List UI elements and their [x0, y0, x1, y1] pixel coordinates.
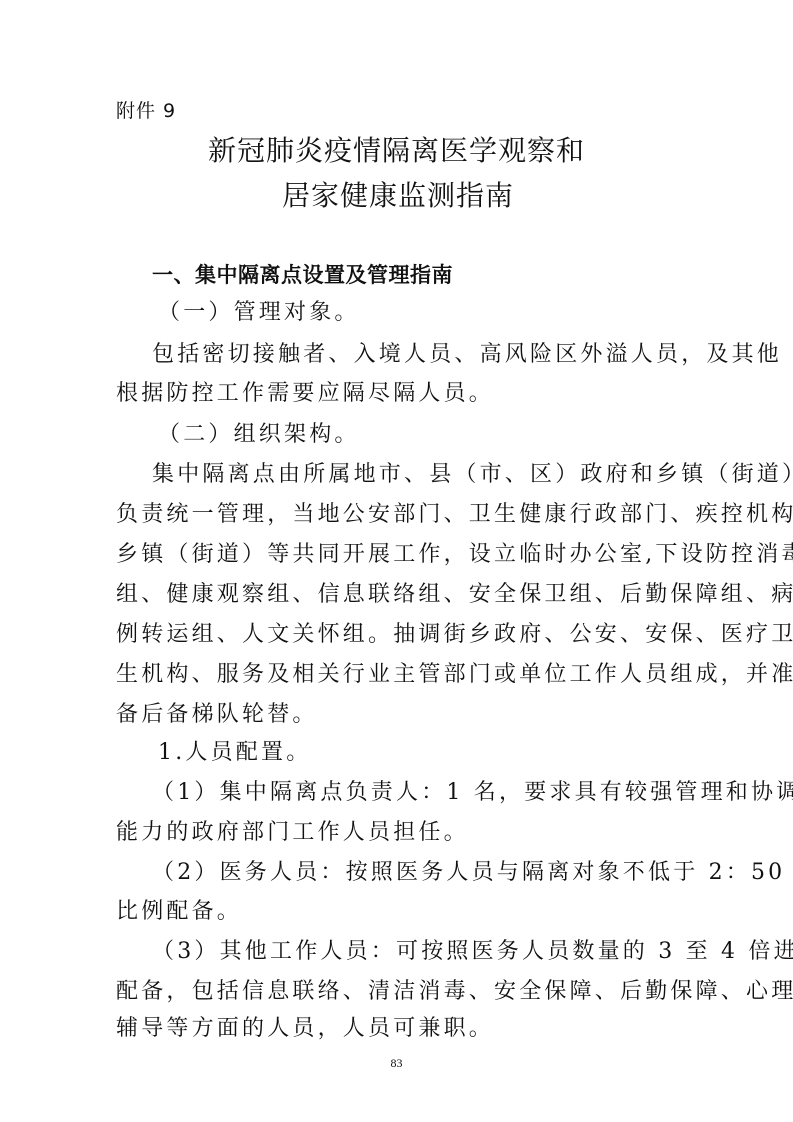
paragraph-line: 包括密切接触者、入境人员、高风险区外溢人员，及其他: [152, 340, 782, 370]
subsection-heading-management-targets: （一）管理对象。: [158, 298, 360, 328]
document-page: 附件 9 新冠肺炎疫情隔离医学观察和 居家健康监测指南 一、集中隔离点设置及管理…: [0, 0, 793, 1122]
item-heading-staffing: 1.人员配置。: [158, 738, 311, 768]
attachment-label: 附件 9: [116, 96, 176, 126]
paragraph-line: 生机构、服务及相关行业主管部门或单位工作人员组成，并准: [116, 660, 793, 690]
paragraph-line: 配备，包括信息联络、清洁消毒、安全保障、后勤保障、心理: [116, 977, 793, 1007]
paragraph-line: 集中隔离点由所属地市、县（市、区）政府和乡镇（街道）: [152, 460, 793, 490]
paragraph-line: 组、健康观察组、信息联络组、安全保卫组、后勤保障组、病: [116, 580, 793, 610]
paragraph-line: 比例配备。: [116, 897, 242, 927]
paragraph-line: 能力的政府部门工作人员担任。: [116, 818, 469, 848]
paragraph-line: 乡镇（街道）等共同开展工作，设立临时办公室,下设防控消毒: [116, 540, 793, 570]
paragraph-line: （2）医务人员：按照医务人员与隔离对象不低于 2：50 的: [152, 858, 793, 888]
paragraph-line: 负责统一管理，当地公安部门、卫生健康行政部门、疾控机构、: [116, 500, 793, 530]
section-heading: 一、集中隔离点设置及管理指南: [152, 260, 453, 290]
document-title-line-1: 新冠肺炎疫情隔离医学观察和: [208, 131, 585, 171]
paragraph-line: （3）其他工作人员：可按照医务人员数量的 3 至 4 倍进行: [152, 937, 793, 967]
paragraph-line: 辅导等方面的人员，人员可兼职。: [116, 1014, 494, 1044]
page-number: 83: [0, 1048, 793, 1078]
paragraph-line: 备后备梯队轮替。: [116, 700, 318, 730]
paragraph-line: 根据防控工作需要应隔尽隔人员。: [116, 379, 494, 409]
paragraph-line: （1）集中隔离点负责人：1 名，要求具有较强管理和协调: [152, 778, 793, 808]
paragraph-line: 例转运组、人文关怀组。抽调街乡政府、公安、安保、医疗卫: [116, 620, 793, 650]
document-title-line-2: 居家健康监测指南: [282, 176, 514, 216]
subsection-heading-organization: （二）组织架构。: [158, 420, 360, 450]
